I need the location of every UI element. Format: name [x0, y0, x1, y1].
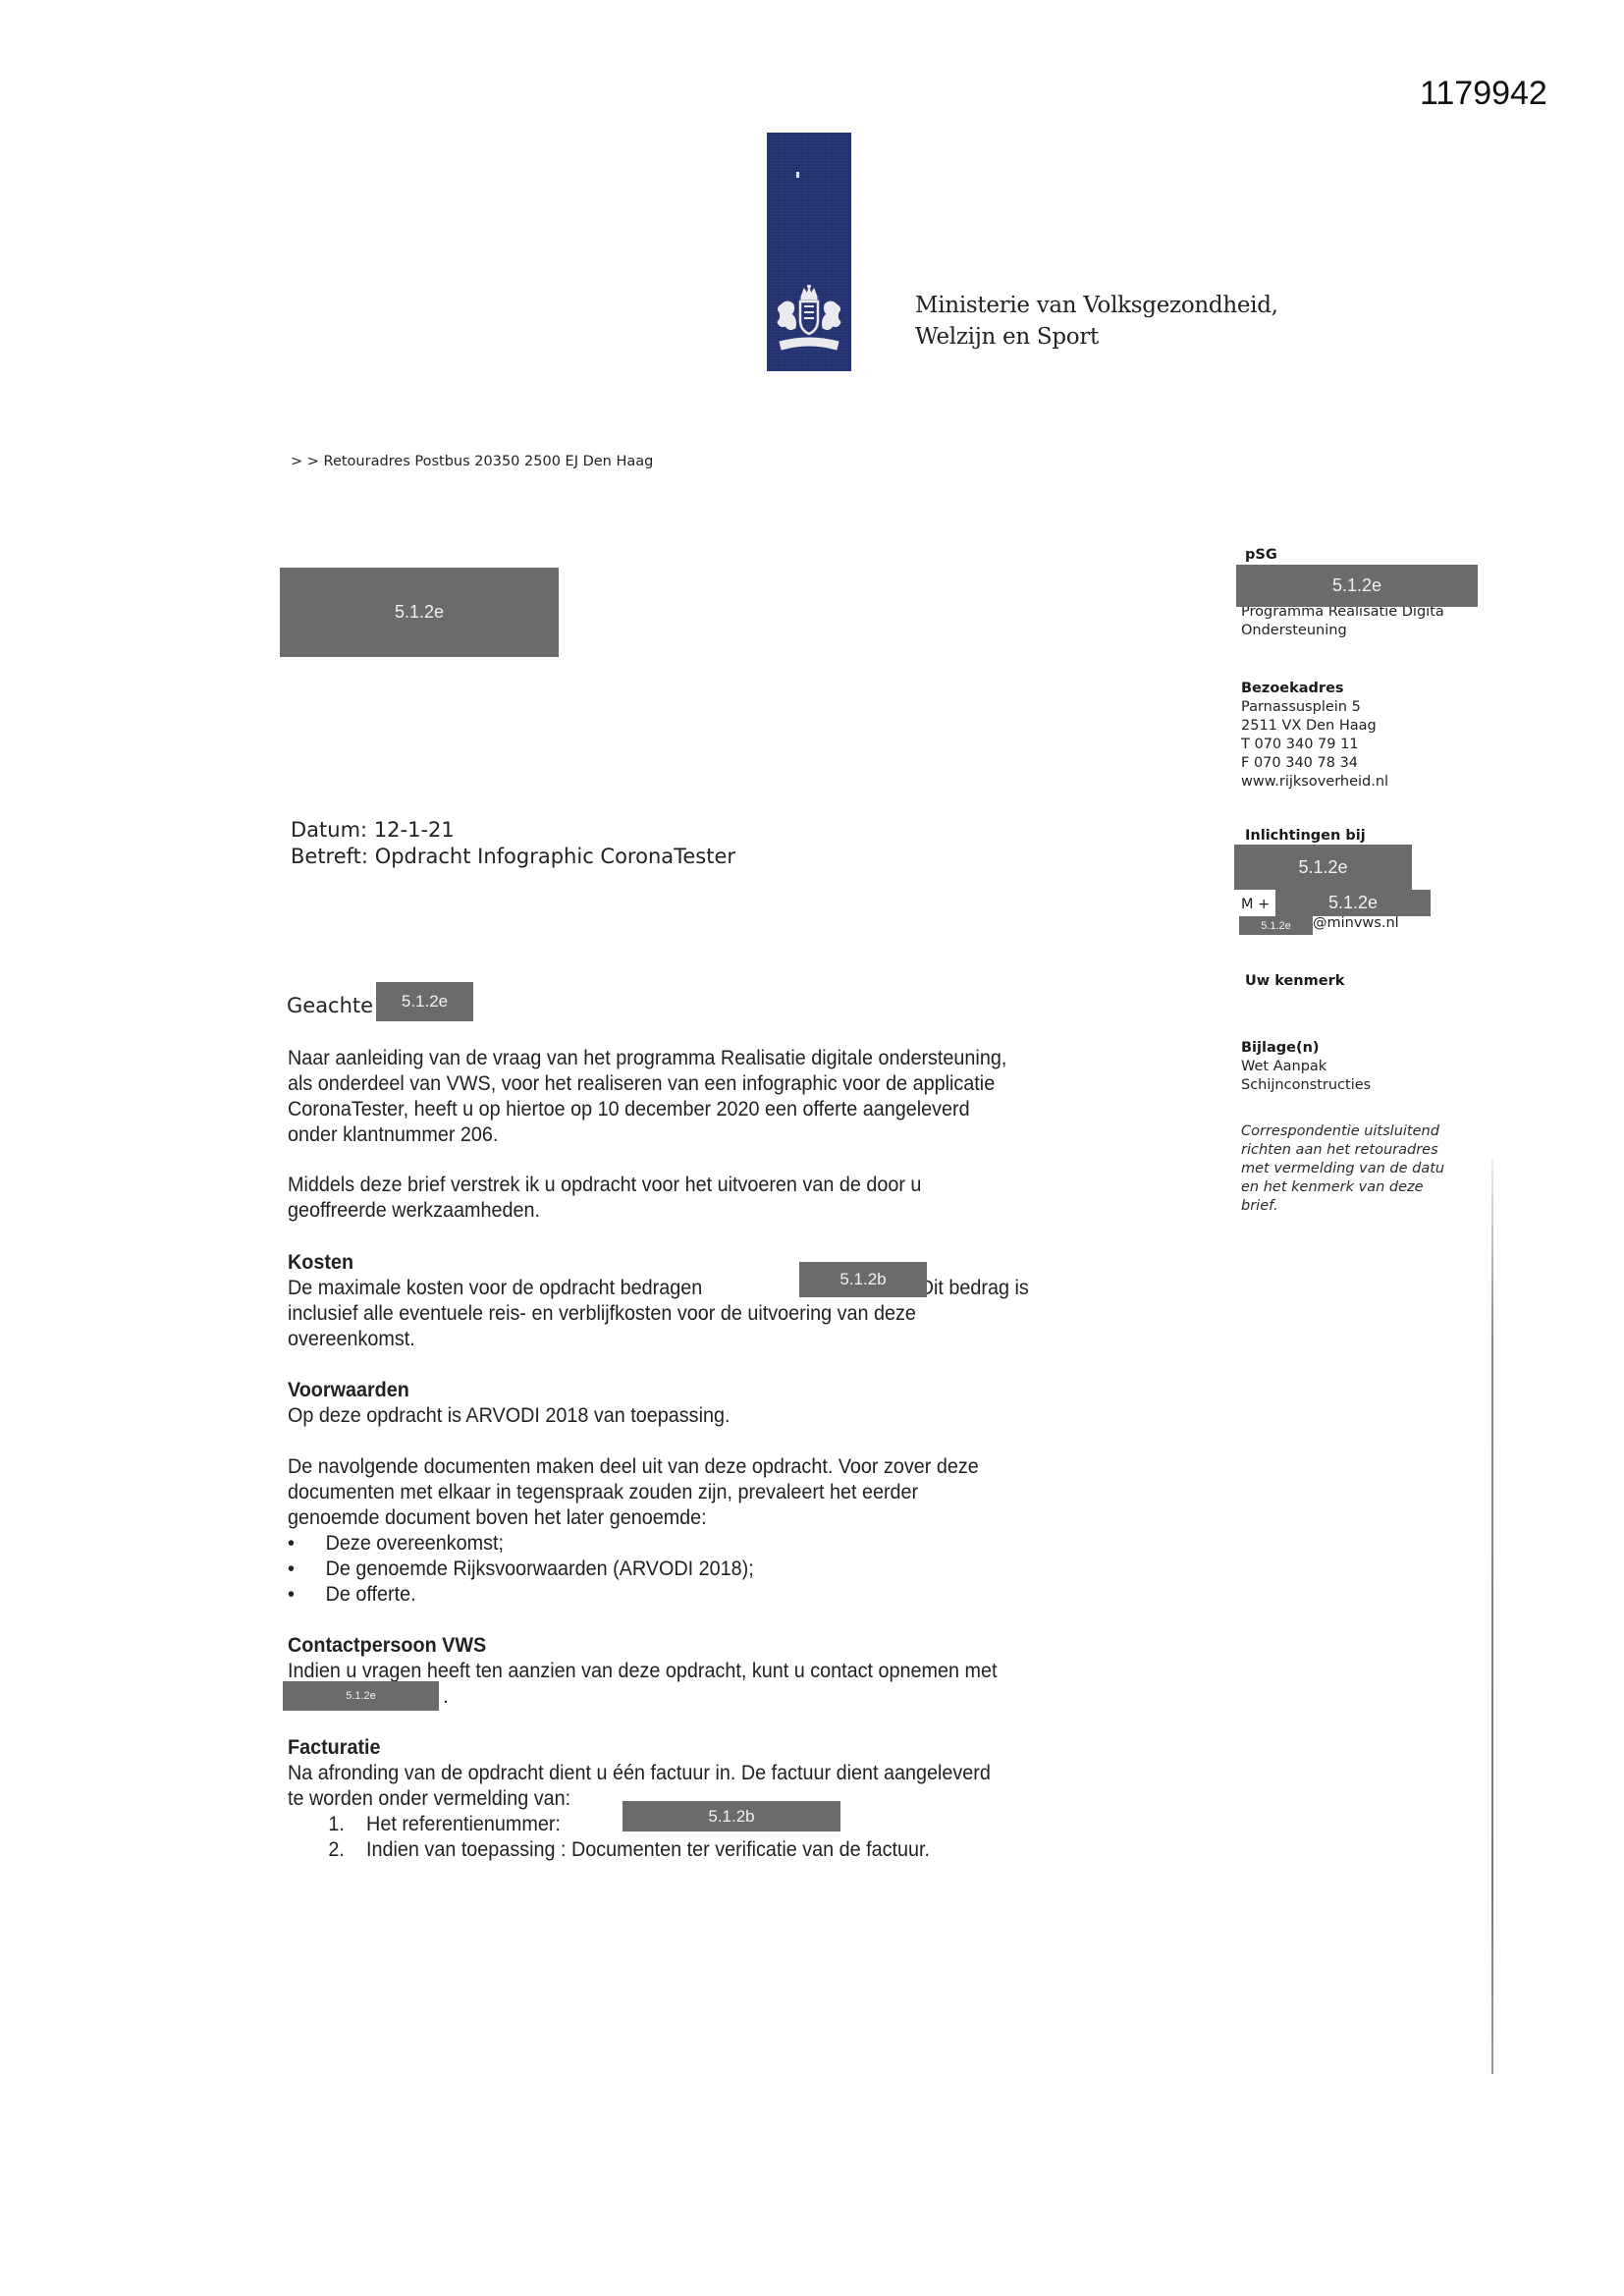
facturatie-section: Facturatie Na afronding van de opdracht … [288, 1734, 991, 1862]
date-line: Datum: 12-1-21 [291, 817, 735, 844]
psg-redaction: 5.1.2e [1236, 565, 1478, 607]
info-email-redaction: 5.1.2e [1239, 916, 1313, 935]
sidebar-program: Programma Realisatie Digita Ondersteunin… [1241, 603, 1444, 640]
sidebar-attachments: Bijlage(n) Wet Aanpak Schijnconstructies [1241, 1039, 1371, 1095]
list-item: •De offerte. [288, 1581, 754, 1607]
salutation-redaction: 5.1.2e [376, 982, 473, 1021]
coat-of-arms-icon [772, 285, 846, 355]
correspondence-note: Correspondentie uitsluitend richten aan … [1241, 1122, 1444, 1216]
documents-list: •Deze overeenkomst; •De genoemde Rijksvo… [288, 1530, 754, 1607]
info-email[interactable]: @minvws.nl [1313, 914, 1399, 933]
attachment-heading: Bijlage(n) [1241, 1039, 1371, 1058]
sidebar-psg-label: pSG [1245, 546, 1277, 565]
reference-number-redaction: 5.1.2b [623, 1801, 840, 1831]
reference-heading: Uw kenmerk [1245, 972, 1344, 991]
margin-rule [1491, 1159, 1493, 2074]
return-address: > > Retouradres Postbus 20350 2500 EJ De… [291, 454, 653, 469]
documents-paragraph: De navolgende documenten maken deel uit … [288, 1453, 979, 1530]
logo-mark [796, 172, 799, 178]
list-item: •De genoemde Rijksvoorwaarden (ARVODI 20… [288, 1556, 754, 1581]
info-mobile-redaction: 5.1.2e [1275, 890, 1431, 916]
voorwaarden-heading: Voorwaarden [288, 1377, 730, 1402]
visit-heading: Bezoekadres [1241, 680, 1388, 698]
assignment-paragraph: Middels deze brief verstrek ik u opdrach… [288, 1172, 921, 1223]
info-mobile-label: M + [1241, 896, 1270, 914]
intro-paragraph: Naar aanleiding van de vraag van het pro… [288, 1045, 1006, 1147]
info-name-redaction: 5.1.2e [1234, 845, 1412, 890]
list-item: •Deze overeenkomst; [288, 1530, 754, 1556]
salutation: Geachte [287, 994, 373, 1017]
recipient-redaction: 5.1.2e [280, 568, 559, 657]
voorwaarden-section: Voorwaarden Op deze opdracht is ARVODI 2… [288, 1377, 730, 1428]
info-heading: Inlichtingen bij [1245, 827, 1366, 846]
sidebar-visit-address: Bezoekadres Parnassusplein 5 2511 VX Den… [1241, 680, 1388, 792]
letter-meta: Datum: 12-1-21 Betreft: Opdracht Infogra… [291, 817, 735, 870]
document-number: 1179942 [1420, 75, 1547, 113]
kosten-redaction: 5.1.2b [799, 1262, 927, 1297]
website-link[interactable]: www.rijksoverheid.nl [1241, 773, 1388, 792]
subject-line: Betreft: Opdracht Infographic CoronaTest… [291, 844, 735, 870]
contact-redaction: 5.1.2e [283, 1681, 439, 1711]
ministry-name: Ministerie van Volksgezondheid, Welzijn … [915, 290, 1278, 353]
facturatie-heading: Facturatie [288, 1734, 991, 1760]
list-item: 2.Indien van toepassing : Documenten ter… [288, 1836, 991, 1862]
contact-heading: Contactpersoon VWS [288, 1632, 997, 1658]
